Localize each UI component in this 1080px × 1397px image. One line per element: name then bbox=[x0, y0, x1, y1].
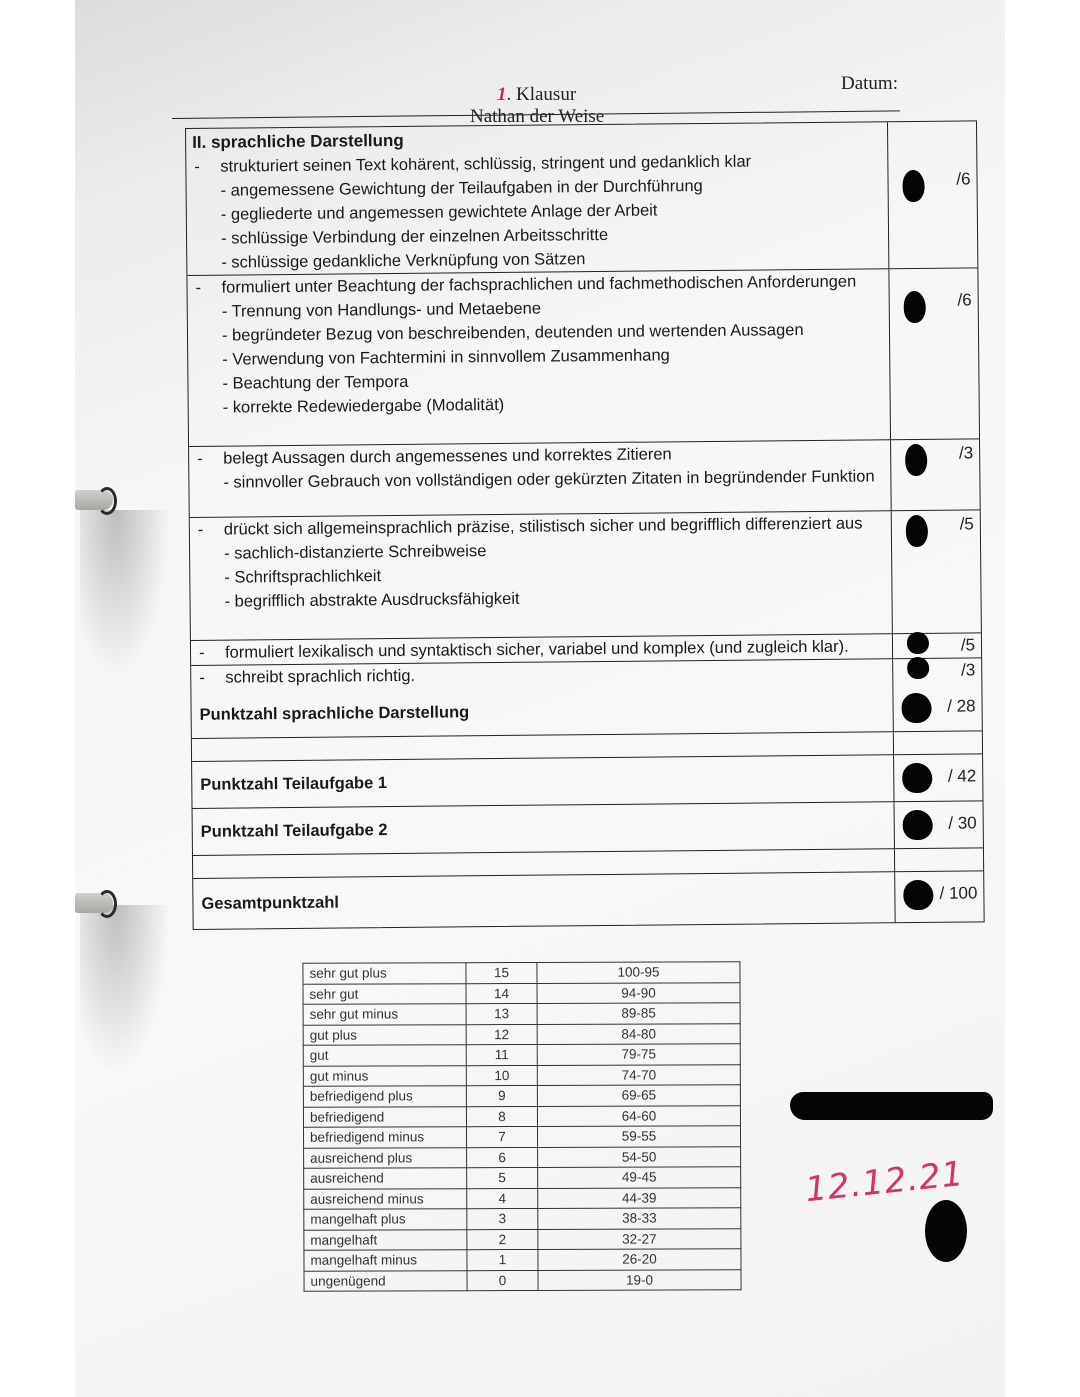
grade-label: befriedigend bbox=[303, 1106, 466, 1127]
rubric-table: II. sprachliche Darstellung - strukturie… bbox=[185, 120, 985, 930]
bullet-dash: - bbox=[197, 447, 203, 471]
redacted-score bbox=[907, 632, 929, 654]
grade-scale-table: sehr gut plus 15 100-95 sehr gut 14 94-9… bbox=[302, 961, 741, 1292]
grade-row: gut 11 79-75 bbox=[303, 1044, 740, 1066]
grade-label: sehr gut minus bbox=[303, 1004, 466, 1025]
grade-row: sehr gut plus 15 100-95 bbox=[303, 962, 740, 984]
grade-label: gut plus bbox=[303, 1024, 466, 1045]
grade-row: gut plus 12 84-80 bbox=[303, 1023, 740, 1045]
score-cell: /6 bbox=[888, 147, 977, 268]
grade-row: mangelhaft plus 3 38-33 bbox=[304, 1208, 741, 1230]
grade-row: ausreichend minus 4 44-39 bbox=[304, 1187, 741, 1209]
score-cell: /3 bbox=[891, 439, 980, 510]
total-score-cell: / 42 bbox=[894, 754, 982, 801]
grade-row: ungenügend 0 19-0 bbox=[304, 1269, 741, 1291]
grade-points: 6 bbox=[467, 1147, 538, 1168]
redacted-signature bbox=[925, 1200, 967, 1262]
grade-row: mangelhaft minus 1 26-20 bbox=[304, 1249, 741, 1271]
total-label: Punktzahl sprachliche Darstellung bbox=[198, 700, 470, 727]
total-row: Punktzahl Teilaufgabe 2 / 30 bbox=[193, 800, 983, 855]
grade-range: 74-70 bbox=[537, 1064, 740, 1085]
grade-label: ausreichend plus bbox=[304, 1147, 467, 1168]
grade-range: 59-55 bbox=[537, 1126, 740, 1147]
score-cell: /3 bbox=[893, 658, 981, 685]
grade-points: 9 bbox=[466, 1085, 537, 1106]
grade-label: mangelhaft plus bbox=[304, 1209, 467, 1230]
grade-label: befriedigend minus bbox=[304, 1127, 467, 1148]
redacted-score bbox=[903, 880, 933, 910]
grade-points: 8 bbox=[466, 1106, 537, 1127]
grade-points: 12 bbox=[466, 1024, 537, 1045]
grade-label: mangelhaft bbox=[304, 1229, 467, 1250]
max-points: /6 bbox=[957, 288, 971, 312]
grade-points: 5 bbox=[467, 1167, 538, 1188]
grade-label: mangelhaft minus bbox=[304, 1250, 467, 1271]
grade-range: 69-65 bbox=[537, 1085, 740, 1106]
date-label: Datum: bbox=[841, 73, 898, 95]
redacted-name bbox=[790, 1092, 993, 1120]
grade-label: gut minus bbox=[303, 1065, 466, 1086]
grade-row: sehr gut 14 94-90 bbox=[303, 982, 740, 1004]
grade-label: sehr gut plus bbox=[303, 963, 466, 984]
grade-range: 64-60 bbox=[537, 1105, 740, 1126]
max-points: /3 bbox=[959, 441, 973, 465]
redacted-score bbox=[907, 657, 929, 679]
total-score-cell: / 30 bbox=[895, 801, 983, 848]
grade-range: 84-80 bbox=[537, 1023, 740, 1044]
total-score-cell: / 100 bbox=[895, 871, 983, 922]
redacted-score bbox=[902, 170, 924, 202]
total-score-cell: / 28 bbox=[893, 684, 981, 731]
score-cell: /5 bbox=[892, 510, 981, 633]
grade-label: ausreichend minus bbox=[304, 1188, 467, 1209]
binder-ring-icon bbox=[75, 490, 113, 510]
redacted-score bbox=[904, 291, 926, 323]
criterion-row: - drückt sich allgemeinsprachlich präzis… bbox=[190, 509, 981, 640]
grade-label: ausreichend bbox=[304, 1168, 467, 1189]
total-row: Gesamtpunktzahl / 100 bbox=[193, 870, 983, 929]
max-points: /3 bbox=[961, 658, 975, 682]
grade-range: 94-90 bbox=[537, 982, 740, 1003]
grade-points: 11 bbox=[466, 1044, 537, 1065]
grade-points: 0 bbox=[467, 1270, 538, 1291]
total-label: Gesamtpunktzahl bbox=[199, 891, 339, 916]
grade-range: 54-50 bbox=[538, 1146, 741, 1167]
grade-row: ausreichend 5 49-45 bbox=[304, 1167, 741, 1189]
criterion-row: - belegt Aussagen durch angemessenes und… bbox=[189, 438, 980, 517]
grade-label: ungenügend bbox=[304, 1270, 467, 1291]
binder-ring-shadow bbox=[80, 510, 170, 680]
score-cell: /6 bbox=[889, 268, 979, 439]
total-label: Punktzahl Teilaufgabe 2 bbox=[199, 818, 388, 844]
total-row: Punktzahl Teilaufgabe 1 / 42 bbox=[192, 753, 982, 808]
grade-points: 1 bbox=[467, 1249, 538, 1270]
max-points: / 30 bbox=[948, 811, 977, 835]
exam-title: 1. Klausur bbox=[497, 84, 576, 106]
grade-points: 15 bbox=[466, 962, 537, 983]
grade-row: befriedigend minus 7 59-55 bbox=[304, 1126, 741, 1148]
total-row: Punktzahl sprachliche Darstellung / 28 bbox=[191, 684, 981, 738]
grade-label: befriedigend plus bbox=[303, 1086, 466, 1107]
grade-points: 2 bbox=[467, 1229, 538, 1250]
grade-row: gut minus 10 74-70 bbox=[303, 1064, 740, 1086]
criterion-row: - formuliert unter Beachtung der fachspr… bbox=[187, 267, 979, 446]
grade-range: 100-95 bbox=[537, 962, 740, 983]
exam-number: 1 bbox=[497, 84, 507, 105]
grade-row: befriedigend plus 9 69-65 bbox=[303, 1085, 740, 1107]
grade-row: ausreichend plus 6 54-50 bbox=[304, 1146, 741, 1168]
redacted-score bbox=[903, 810, 933, 840]
grade-points: 4 bbox=[467, 1188, 538, 1209]
max-points: /6 bbox=[956, 167, 970, 191]
grade-row: befriedigend 8 64-60 bbox=[303, 1105, 740, 1127]
grade-range: 79-75 bbox=[537, 1044, 740, 1065]
grade-points: 7 bbox=[467, 1126, 538, 1147]
bullet-dash: - bbox=[195, 276, 201, 300]
grade-range: 26-20 bbox=[538, 1249, 741, 1270]
redacted-score bbox=[905, 444, 927, 476]
grade-points: 10 bbox=[466, 1065, 537, 1086]
bullet-dash: - bbox=[198, 518, 204, 542]
score-cell: /5 bbox=[893, 633, 981, 658]
total-label: Punktzahl Teilaufgabe 1 bbox=[198, 771, 387, 797]
bullet-dash: - bbox=[199, 666, 205, 690]
grade-row: mangelhaft 2 32-27 bbox=[304, 1228, 741, 1250]
redacted-score bbox=[902, 763, 932, 793]
redacted-score bbox=[901, 693, 931, 723]
bullet-dash: - bbox=[194, 155, 200, 179]
max-points: / 28 bbox=[947, 694, 976, 718]
max-points: /5 bbox=[960, 512, 974, 536]
grade-points: 3 bbox=[467, 1208, 538, 1229]
grade-range: 19-0 bbox=[538, 1269, 741, 1290]
max-points: / 42 bbox=[948, 764, 977, 788]
max-points: /5 bbox=[961, 633, 975, 657]
redacted-score bbox=[906, 515, 928, 547]
binder-ring-icon bbox=[75, 893, 113, 913]
grade-range: 49-45 bbox=[538, 1167, 741, 1188]
grade-label: gut bbox=[303, 1045, 466, 1066]
grade-label: sehr gut bbox=[303, 983, 466, 1004]
grade-range: 38-33 bbox=[538, 1208, 741, 1229]
bullet-dash: - bbox=[199, 641, 205, 665]
criterion-row: - strukturiert seinen Text kohärent, sch… bbox=[186, 147, 977, 275]
grade-row: sehr gut minus 13 89-85 bbox=[303, 1003, 740, 1025]
grade-points: 14 bbox=[466, 983, 537, 1004]
grade-range: 32-27 bbox=[538, 1228, 741, 1249]
grade-range: 44-39 bbox=[538, 1187, 741, 1208]
binder-ring-shadow bbox=[80, 905, 170, 1075]
grade-range: 89-85 bbox=[537, 1003, 740, 1024]
grade-points: 13 bbox=[466, 1003, 537, 1024]
max-points: / 100 bbox=[939, 881, 977, 905]
